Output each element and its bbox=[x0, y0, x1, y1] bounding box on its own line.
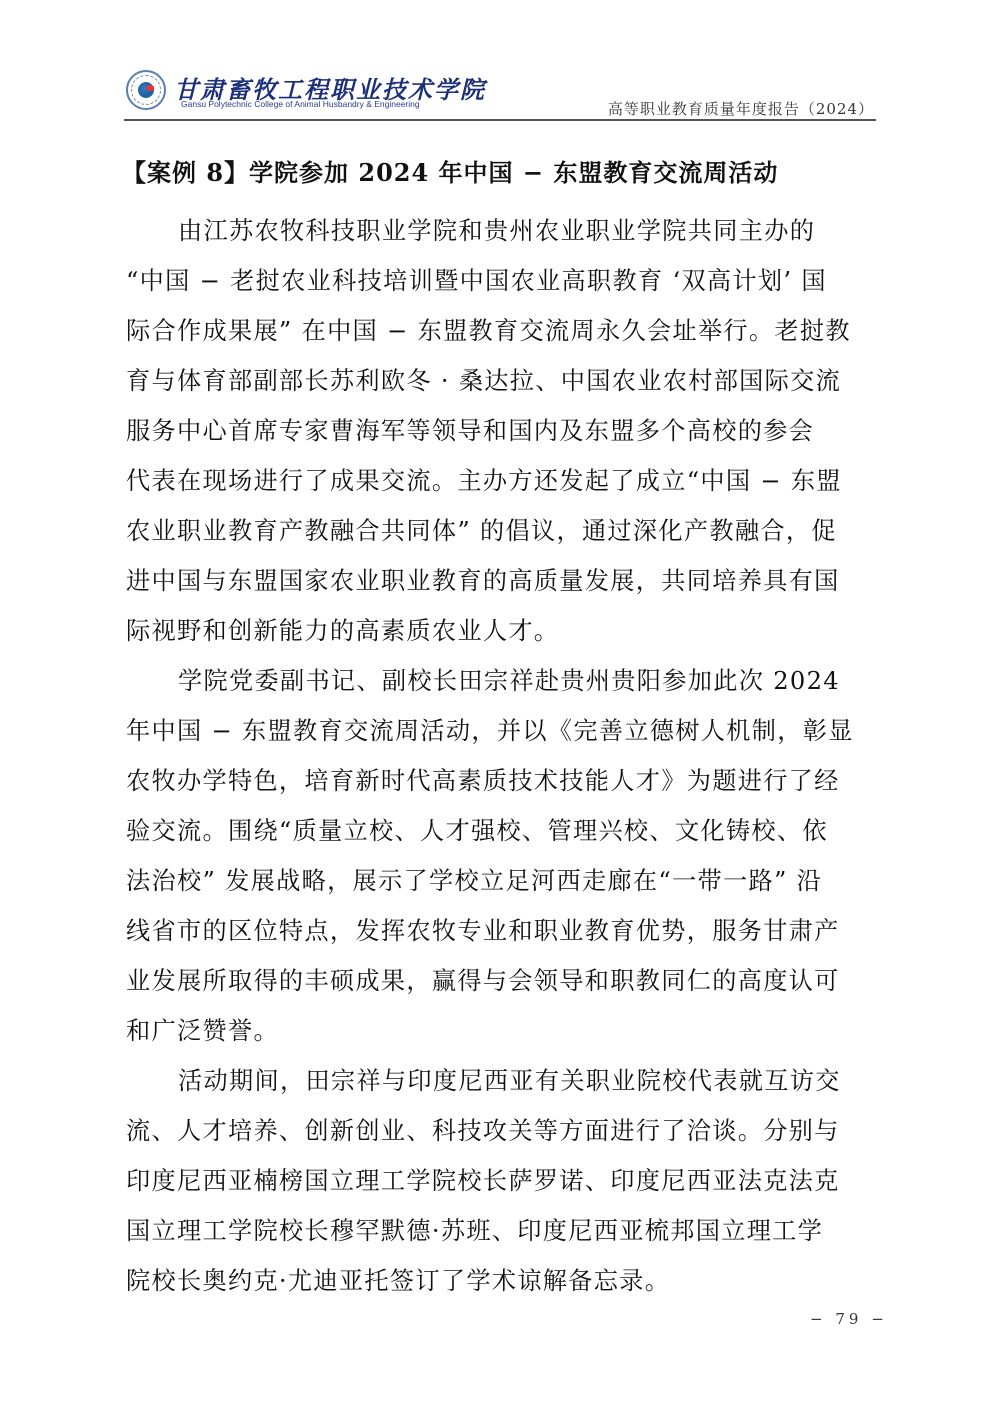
text-line: “中国 − 老挝农业科技培训暨中国农业高职教育 ‘双高计划’ 国 bbox=[126, 256, 874, 306]
text-line: 国立理工学院校长穆罕默德·苏班、印度尼西亚梳邦国立理工学 bbox=[126, 1206, 874, 1256]
text-line: 际合作成果展” 在中国 − 东盟教育交流周永久会址举行。老挝教 bbox=[126, 306, 874, 356]
college-emblem-icon bbox=[126, 70, 166, 110]
text-line: 农业职业教育产教融合共同体” 的倡议，通过深化产教融合，促 bbox=[126, 506, 874, 556]
paragraph-2: 学院党委副书记、副校长田宗祥赴贵州贵阳参加此次 2024 年中国 − 东盟教育交… bbox=[126, 656, 874, 1056]
document-body: 【案例 8】学院参加 2024 年中国 − 东盟教育交流周活动 由江苏农牧科技职… bbox=[126, 150, 874, 1306]
text-line: 由江苏农牧科技职业学院和贵州农业职业学院共同主办的 bbox=[126, 206, 874, 256]
paragraph-3: 活动期间，田宗祥与印度尼西亚有关职业院校代表就互访交 流、人才培养、创新创业、科… bbox=[126, 1056, 874, 1306]
page-header: 甘肃畜牧工程职业技术学院 Gansu Polytechnic College o… bbox=[124, 66, 876, 122]
text-line: 进中国与东盟国家农业职业教育的高质量发展，共同培养具有国 bbox=[126, 556, 874, 606]
paragraph-1: 由江苏农牧科技职业学院和贵州农业职业学院共同主办的 “中国 − 老挝农业科技培训… bbox=[126, 206, 874, 656]
text-line: 际视野和创新能力的高素质农业人才。 bbox=[126, 606, 874, 656]
text-line: 和广泛赞誉。 bbox=[126, 1006, 874, 1056]
text-line: 业发展所取得的丰硕成果，赢得与会领导和职教同仁的高度认可 bbox=[126, 956, 874, 1006]
text-line: 服务中心首席专家曹海军等领导和国内及东盟多个高校的参会 bbox=[126, 406, 874, 456]
page-number: − 79 − bbox=[810, 1310, 888, 1328]
text-line: 院校长奥约克·尤迪亚托签订了学术谅解备忘录。 bbox=[126, 1256, 874, 1306]
text-line: 农牧办学特色，培育新时代高素质技术技能人才》为题进行了经 bbox=[126, 756, 874, 806]
text-line: 年中国 − 东盟教育交流周活动，并以《完善立德树人机制，彰显 bbox=[126, 706, 874, 756]
text-line: 线省市的区位特点，发挥农牧专业和职业教育优势，服务甘肃产 bbox=[126, 906, 874, 956]
report-title: 高等职业教育质量年度报告（2024） bbox=[608, 98, 874, 119]
text-line: 流、人才培养、创新创业、科技攻关等方面进行了洽谈。分别与 bbox=[126, 1106, 874, 1156]
text-line: 验交流。围绕“质量立校、人才强校、管理兴校、文化铸校、依 bbox=[126, 806, 874, 856]
case-title: 【案例 8】学院参加 2024 年中国 − 东盟教育交流周活动 bbox=[122, 150, 874, 196]
text-line: 育与体育部副部长苏利欧冬 · 桑达拉、中国农业农村部国际交流 bbox=[126, 356, 874, 406]
text-line: 印度尼西亚楠榜国立理工学院校长萨罗诺、印度尼西亚法克法克 bbox=[126, 1156, 874, 1206]
text-line: 学院党委副书记、副校长田宗祥赴贵州贵阳参加此次 2024 bbox=[126, 656, 874, 706]
text-line: 活动期间，田宗祥与印度尼西亚有关职业院校代表就互访交 bbox=[126, 1056, 874, 1106]
text-line: 代表在现场进行了成果交流。主办方还发起了成立“中国 − 东盟 bbox=[126, 456, 874, 506]
header-divider bbox=[124, 119, 876, 121]
institution-name-en: Gansu Polytechnic College of Animal Husb… bbox=[181, 99, 420, 109]
text-line: 法治校” 发展战略，展示了学校立足河西走廊在“一带一路” 沿 bbox=[126, 856, 874, 906]
